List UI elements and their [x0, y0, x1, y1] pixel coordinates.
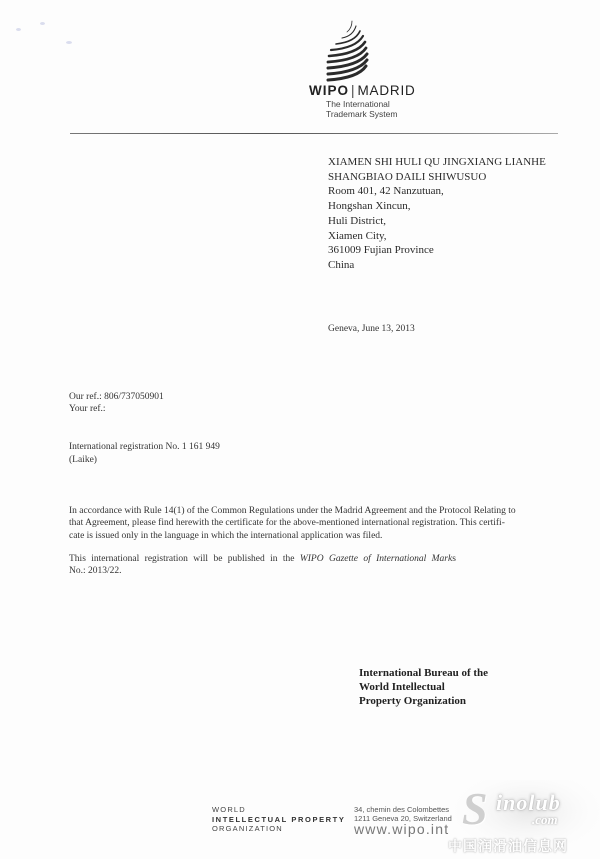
signature-line: World Intellectual [359, 680, 488, 694]
footer-address-line: 34, chemin des Colombettes [354, 805, 452, 814]
letterhead-subtitle: The International Trademark System [326, 99, 397, 119]
references: Our ref.: 806/737050901 Your ref.: [69, 391, 164, 415]
address-line: Hongshan Xincun, [328, 199, 546, 214]
body-paragraph-1: In accordance with Rule 14(1) of the Com… [69, 505, 559, 542]
footer-organization: WORLD INTELLECTUAL PROPERTY ORGANIZATION [212, 805, 345, 834]
letterhead-title: WIPO|MADRID [309, 83, 416, 98]
scan-speck [40, 22, 45, 25]
our-ref-label: Our ref.: [69, 392, 102, 402]
wipo-globe-stripes-icon [320, 18, 380, 84]
address-line: Huli District, [328, 214, 546, 229]
signature-block: International Bureau of the World Intell… [359, 666, 488, 708]
our-ref: Our ref.: 806/737050901 [69, 391, 164, 403]
signature-line: Property Organization [359, 694, 488, 708]
subtitle-line: Trademark System [326, 109, 397, 119]
footer-org-line: INTELLECTUAL PROPERTY [212, 815, 345, 825]
letterhead-divider [70, 133, 558, 134]
letter-date: Geneva, June 13, 2013 [328, 324, 415, 334]
footer-org-line: WORLD [212, 805, 345, 815]
address-line: XIAMEN SHI HULI QU JINGXIANG LIANHE [328, 155, 546, 170]
registration-number: International registration No. 1 161 949 [69, 441, 220, 454]
address-line: Room 401, 42 Nanzutuan, [328, 184, 546, 199]
publication-suffix: s [452, 554, 456, 564]
address-line: Xiamen City, [328, 229, 546, 244]
publication-prefix: This international registration will be … [69, 554, 294, 564]
org-short-name: WIPO [309, 83, 349, 98]
title-separator: | [349, 83, 358, 98]
publication-title: WIPO Gazette of International Mark [300, 554, 452, 564]
address-line: China [328, 258, 546, 273]
registration-info: International registration No. 1 161 949… [69, 441, 220, 466]
watermark-chinese-name: 中国润滑油信息网 [448, 836, 568, 856]
paragraph-line: that Agreement, please find herewith the… [69, 517, 559, 529]
our-ref-value: 806/737050901 [104, 392, 164, 402]
paragraph-line: In accordance with Rule 14(1) of the Com… [69, 505, 559, 517]
body-paragraph-2: This international registration will be … [69, 553, 559, 578]
paragraph-line: This international registration will be … [69, 553, 559, 565]
mark-name: (Laike) [69, 454, 220, 467]
system-name: MADRID [358, 83, 416, 98]
scan-speck [66, 41, 72, 44]
recipient-address: XIAMEN SHI HULI QU JINGXIANG LIANHE SHAN… [328, 155, 546, 273]
subtitle-line: The International [326, 99, 397, 109]
scan-speck [16, 28, 21, 31]
gazette-number: No.: 2013/22. [69, 565, 559, 577]
watermark-logo-s: S [462, 782, 488, 835]
address-line: 361009 Fujian Province [328, 243, 546, 258]
watermark-domain: .com [532, 812, 558, 828]
address-line: SHANGBIAO DAILI SHIWUSUO [328, 170, 546, 185]
footer-org-line: ORGANIZATION [212, 824, 345, 834]
signature-line: International Bureau of the [359, 666, 488, 680]
paragraph-line: cate is issued only in the language in w… [69, 530, 559, 542]
your-ref: Your ref.: [69, 403, 164, 415]
footer-website: www.wipo.int [354, 821, 449, 837]
your-ref-label: Your ref.: [69, 404, 106, 414]
